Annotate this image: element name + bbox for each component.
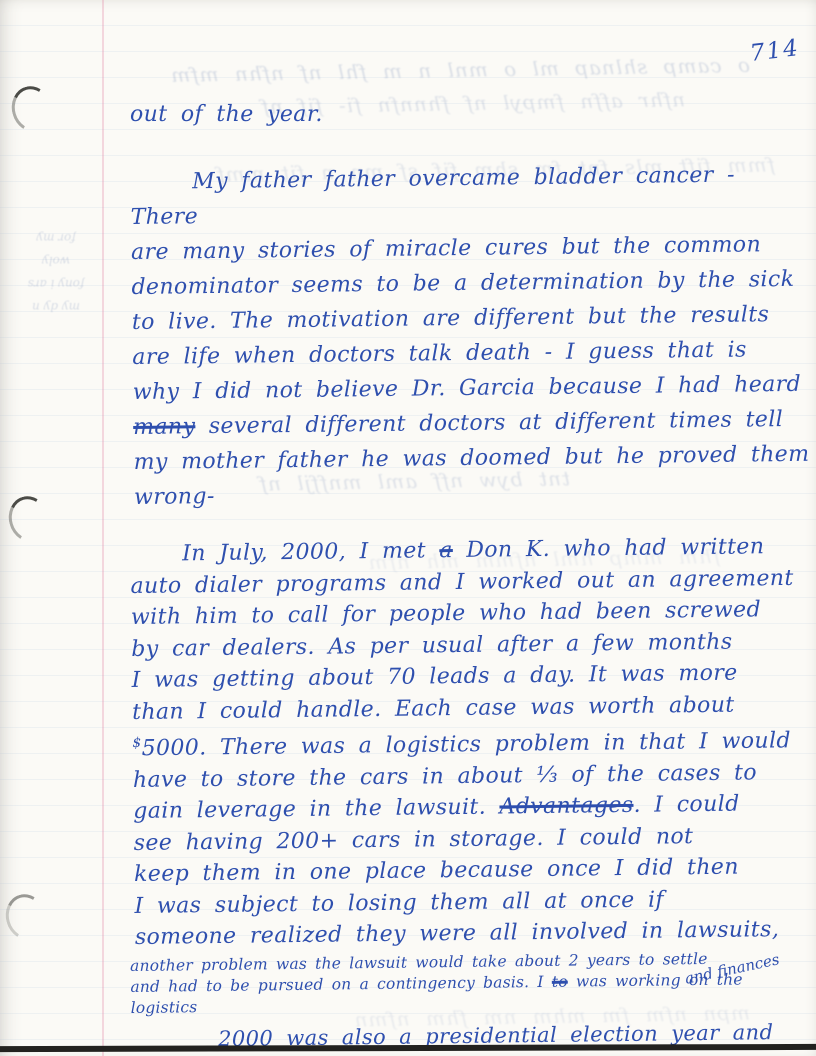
margin-bleedthrough: my dy n fony i ars woly for my [12, 226, 100, 318]
bleedthrough-line: my dy n [12, 295, 100, 318]
scanned-page: o camp shlnap ml o mnl n m fhl nf nfhn m… [0, 0, 816, 1056]
paragraph-1: My father father overcame bladder cancer… [130, 157, 812, 515]
bleedthrough-line: fony i ars [12, 272, 100, 295]
hole-punch-middle [3, 491, 54, 546]
hole-punch-bottom [0, 889, 51, 944]
handwriting-line: My father father overcame bladder cancer… [130, 157, 809, 235]
page-number: 714 [749, 35, 802, 67]
opening-line: out of the year. [130, 102, 808, 127]
margin-line [102, 0, 104, 1056]
paragraph-2: In July, 2000, I met a Don K. who had wr… [130, 531, 813, 954]
bleedthrough-line: for my [12, 226, 100, 249]
hole-punch-top [6, 81, 57, 136]
handwriting-body: out of the year. My father father overca… [130, 102, 808, 1055]
bleedthrough-line: o camp shlnap ml o mnl n m fhl nf nfhn m… [150, 53, 750, 87]
bleedthrough-line: woly [12, 249, 100, 272]
